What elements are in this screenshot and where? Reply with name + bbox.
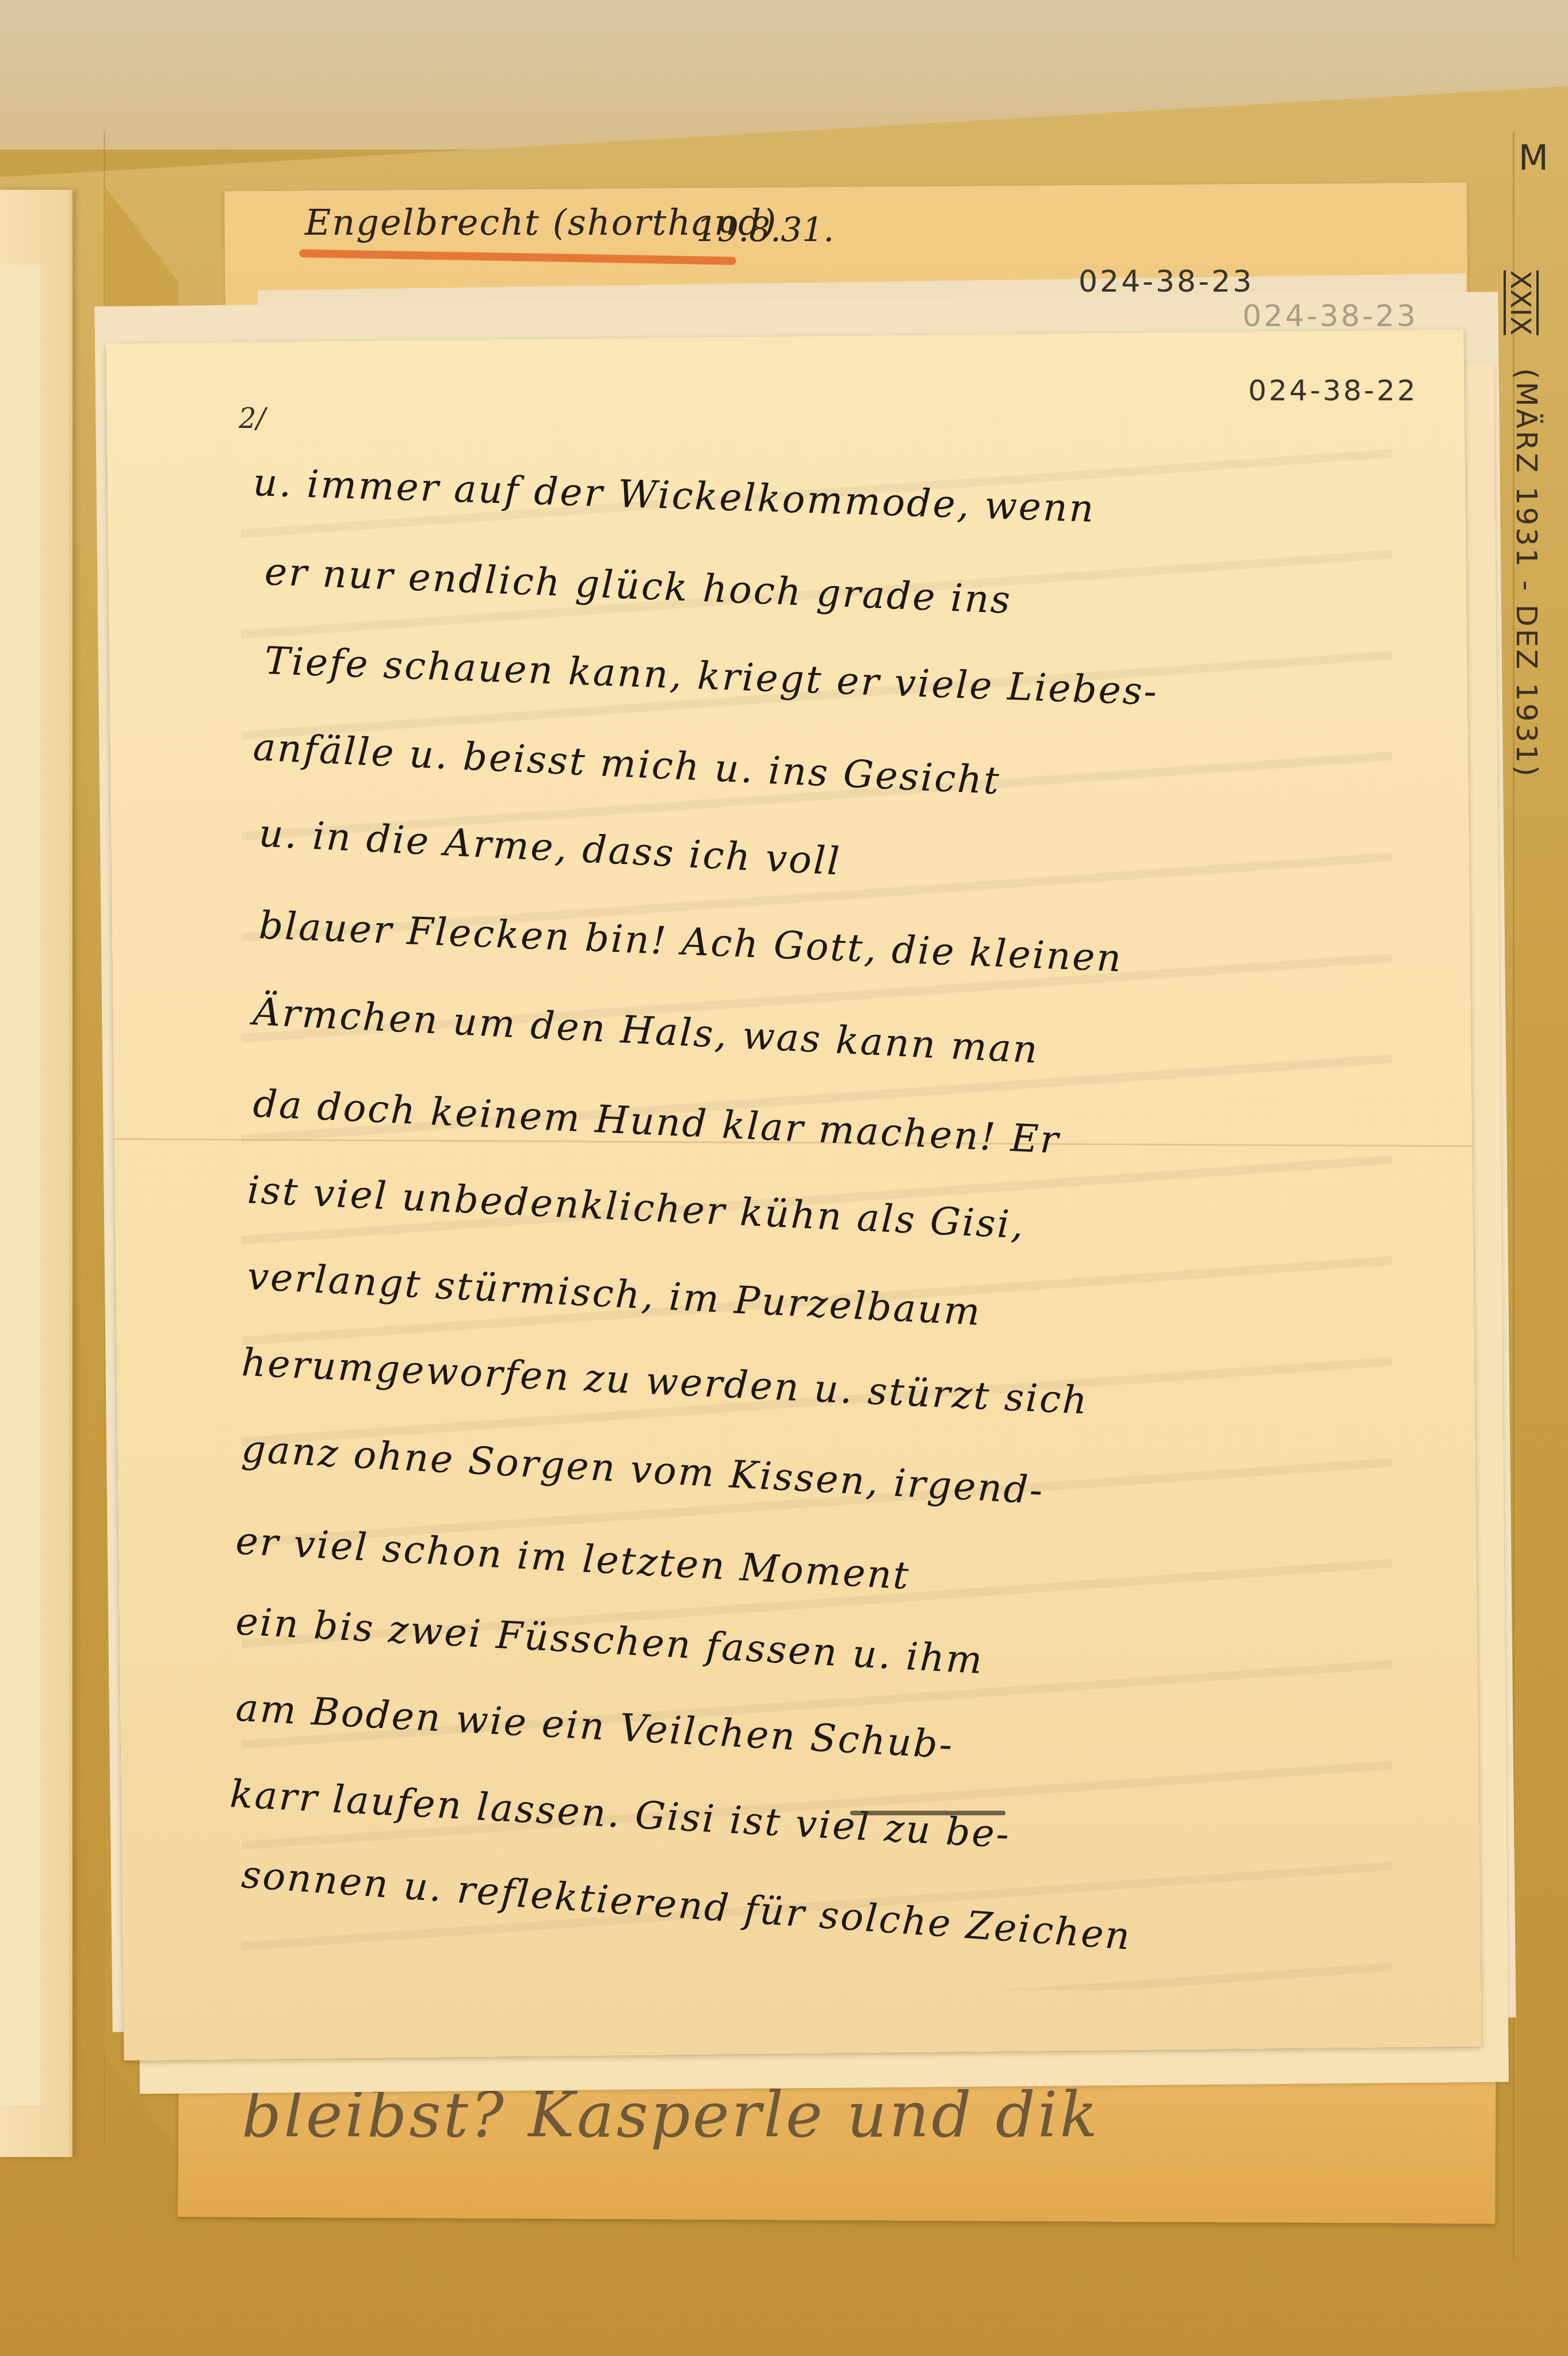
archive-date-range-label: (MÄRZ 1931 - DEZ 1931) [1510, 368, 1543, 779]
page-number: 2/ [239, 403, 266, 435]
archive-series-label: M [1519, 138, 1548, 178]
catalog-number: 024-38-23 [1079, 265, 1254, 299]
archive-volume-label: XXIX [1504, 270, 1536, 335]
envelope-date: 19.8.31. [696, 210, 834, 249]
catalog-number: 024-38-23 [1242, 299, 1418, 334]
left-paper-stack-top [0, 265, 40, 2105]
underline-mark [850, 1811, 1005, 1815]
catalog-number-current: 024-38-22 [1248, 374, 1418, 407]
